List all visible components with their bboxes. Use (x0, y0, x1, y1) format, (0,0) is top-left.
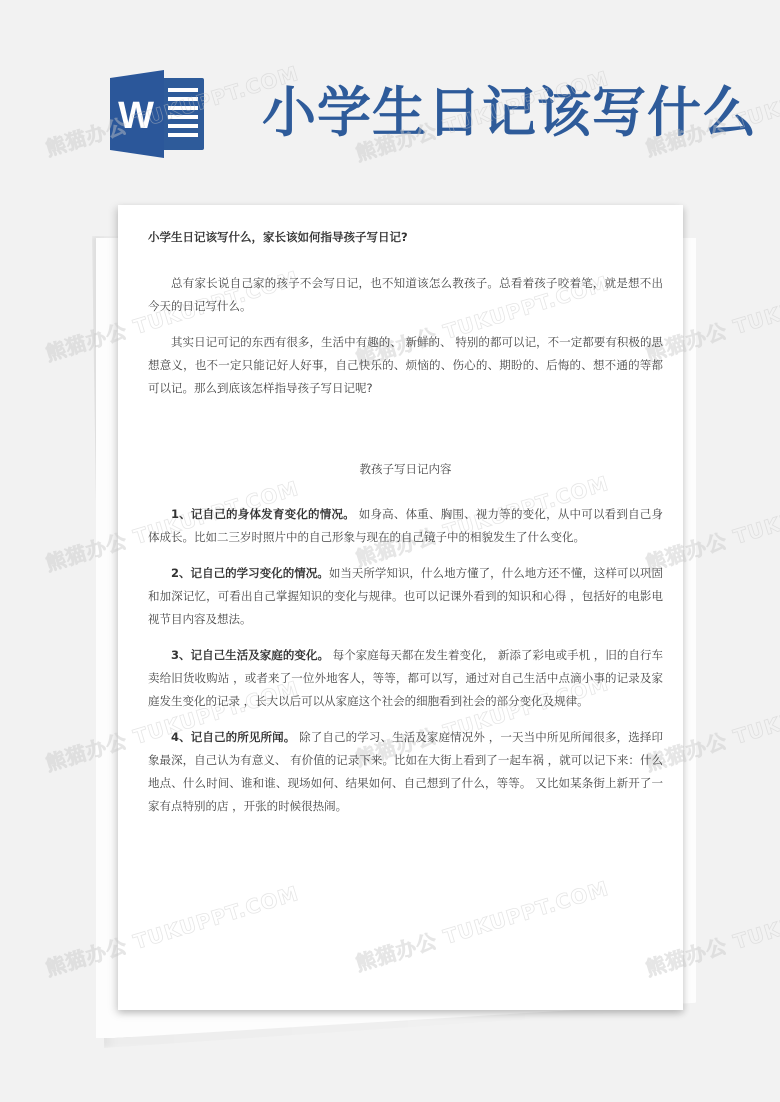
header-banner: W 小学生日记该写什么 (0, 0, 780, 200)
intro-paragraph: 其实日记可记的东西有很多，生活中有趣的、 新鲜的、 特别的都可以记，不一定都要有… (148, 331, 663, 400)
list-item-lead: 1、记自己的身体发育变化的情况。 (171, 507, 355, 521)
list-item-lead: 2、记自己的学习变化的情况。 (171, 566, 329, 580)
list-item: 1、记自己的身体发育变化的情况。 如身高、体重、胸围、视力等的变化，从中可以看到… (148, 503, 663, 549)
list-item-lead: 4、记自己的所见所闻。 (171, 730, 295, 744)
word-document-icon: W (108, 68, 208, 158)
intro-paragraph: 总有家长说自己家的孩子不会写日记，也不知道该怎么教孩子。总看着孩子咬着笔，就是想… (148, 272, 663, 318)
banner-title: 小学生日记该写什么 (262, 76, 757, 148)
list-item: 3、记自己生活及家庭的变化。 每个家庭每天都在发生着变化， 新添了彩电或手机 ，… (148, 644, 663, 713)
list-item: 4、记自己的所见所闻。 除了自己的学习、生活及家庭情况外 ，一天当中所见所闻很多… (148, 726, 663, 818)
section-heading: 教孩子写日记内容 (148, 458, 663, 481)
list-item-lead: 3、记自己生活及家庭的变化。 (171, 648, 329, 662)
document-body: 小学生日记该写什么，家长该如何指导孩子写日记? 总有家长说自己家的孩子不会写日记… (148, 226, 663, 818)
svg-text:W: W (118, 95, 154, 137)
list-item: 2、记自己的学习变化的情况。如当天所学知识，什么地方懂了，什么地方还不懂，这样可… (148, 562, 663, 631)
document-title: 小学生日记该写什么，家长该如何指导孩子写日记? (148, 226, 663, 249)
